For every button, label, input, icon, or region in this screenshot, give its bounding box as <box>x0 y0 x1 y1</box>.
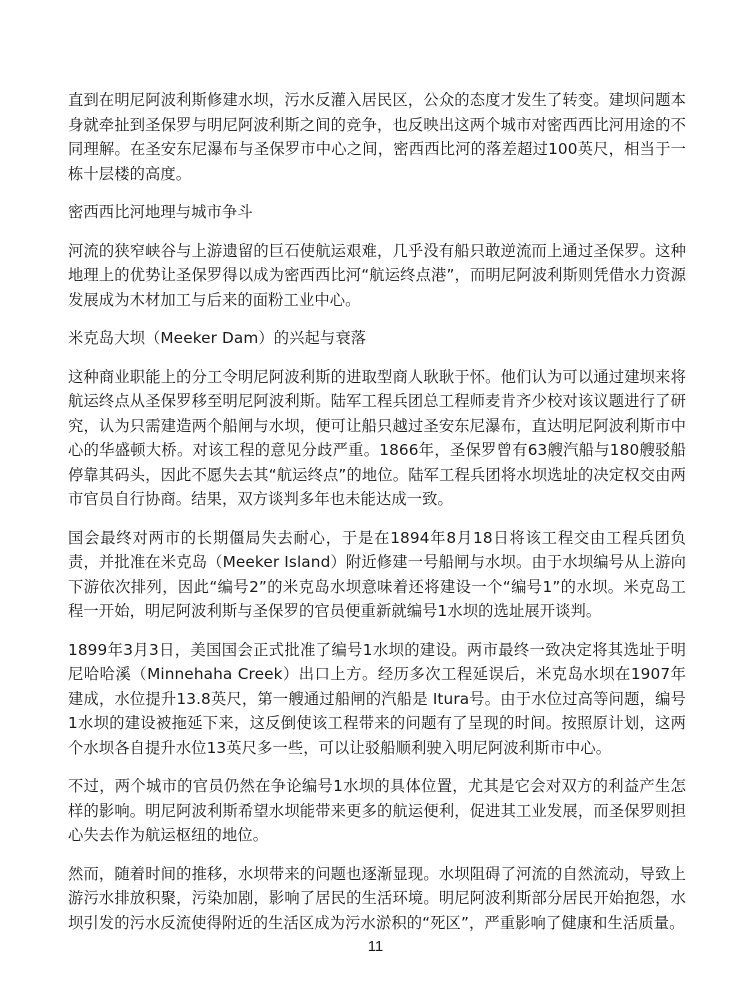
paragraph-geography: 河流的狭窄峡谷与上游遗留的巨石使航运艰难，几乎没有船只敢逆流而上通过圣保罗。这种… <box>68 239 686 313</box>
page-number: 11 <box>0 938 751 955</box>
section-heading-geography: 密西西比河地理与城市争斗 <box>68 200 686 225</box>
section-heading-meeker-dam: 米克岛大坝（Meeker Dam）的兴起与衰落 <box>68 326 686 351</box>
paragraph-commercial-division: 这种商业职能上的分工令明尼阿波利斯的进取型商人耿耿于怀。他们认为可以通过建坝来将… <box>68 365 686 512</box>
document-page: 直到在明尼阿波利斯修建水坝，污水反灌入居民区，公众的态度才发生了转变。建坝问题本… <box>68 88 686 949</box>
paragraph-congress-1894: 国会最终对两市的长期僵局失去耐心，于是在1894年8月18日将该工程交由工程兵团… <box>68 526 686 624</box>
paragraph-1899-approval: 1899年3月3日，美国国会正式批准了编号1水坝的建设。两市最终一致决定将其选址… <box>68 638 686 761</box>
paragraph-dam-problems: 然而，随着时间的推移，水坝带来的问题也逐渐显现。水坝阻碍了河流的自然流动，导致上… <box>68 862 686 936</box>
paragraph-location-dispute: 不过，两个城市的官员仍然在争论编号1水坝的具体位置，尤其是它会对双方的利益产生怎… <box>68 774 686 848</box>
paragraph-intro: 直到在明尼阿波利斯修建水坝，污水反灌入居民区，公众的态度才发生了转变。建坝问题本… <box>68 88 686 186</box>
